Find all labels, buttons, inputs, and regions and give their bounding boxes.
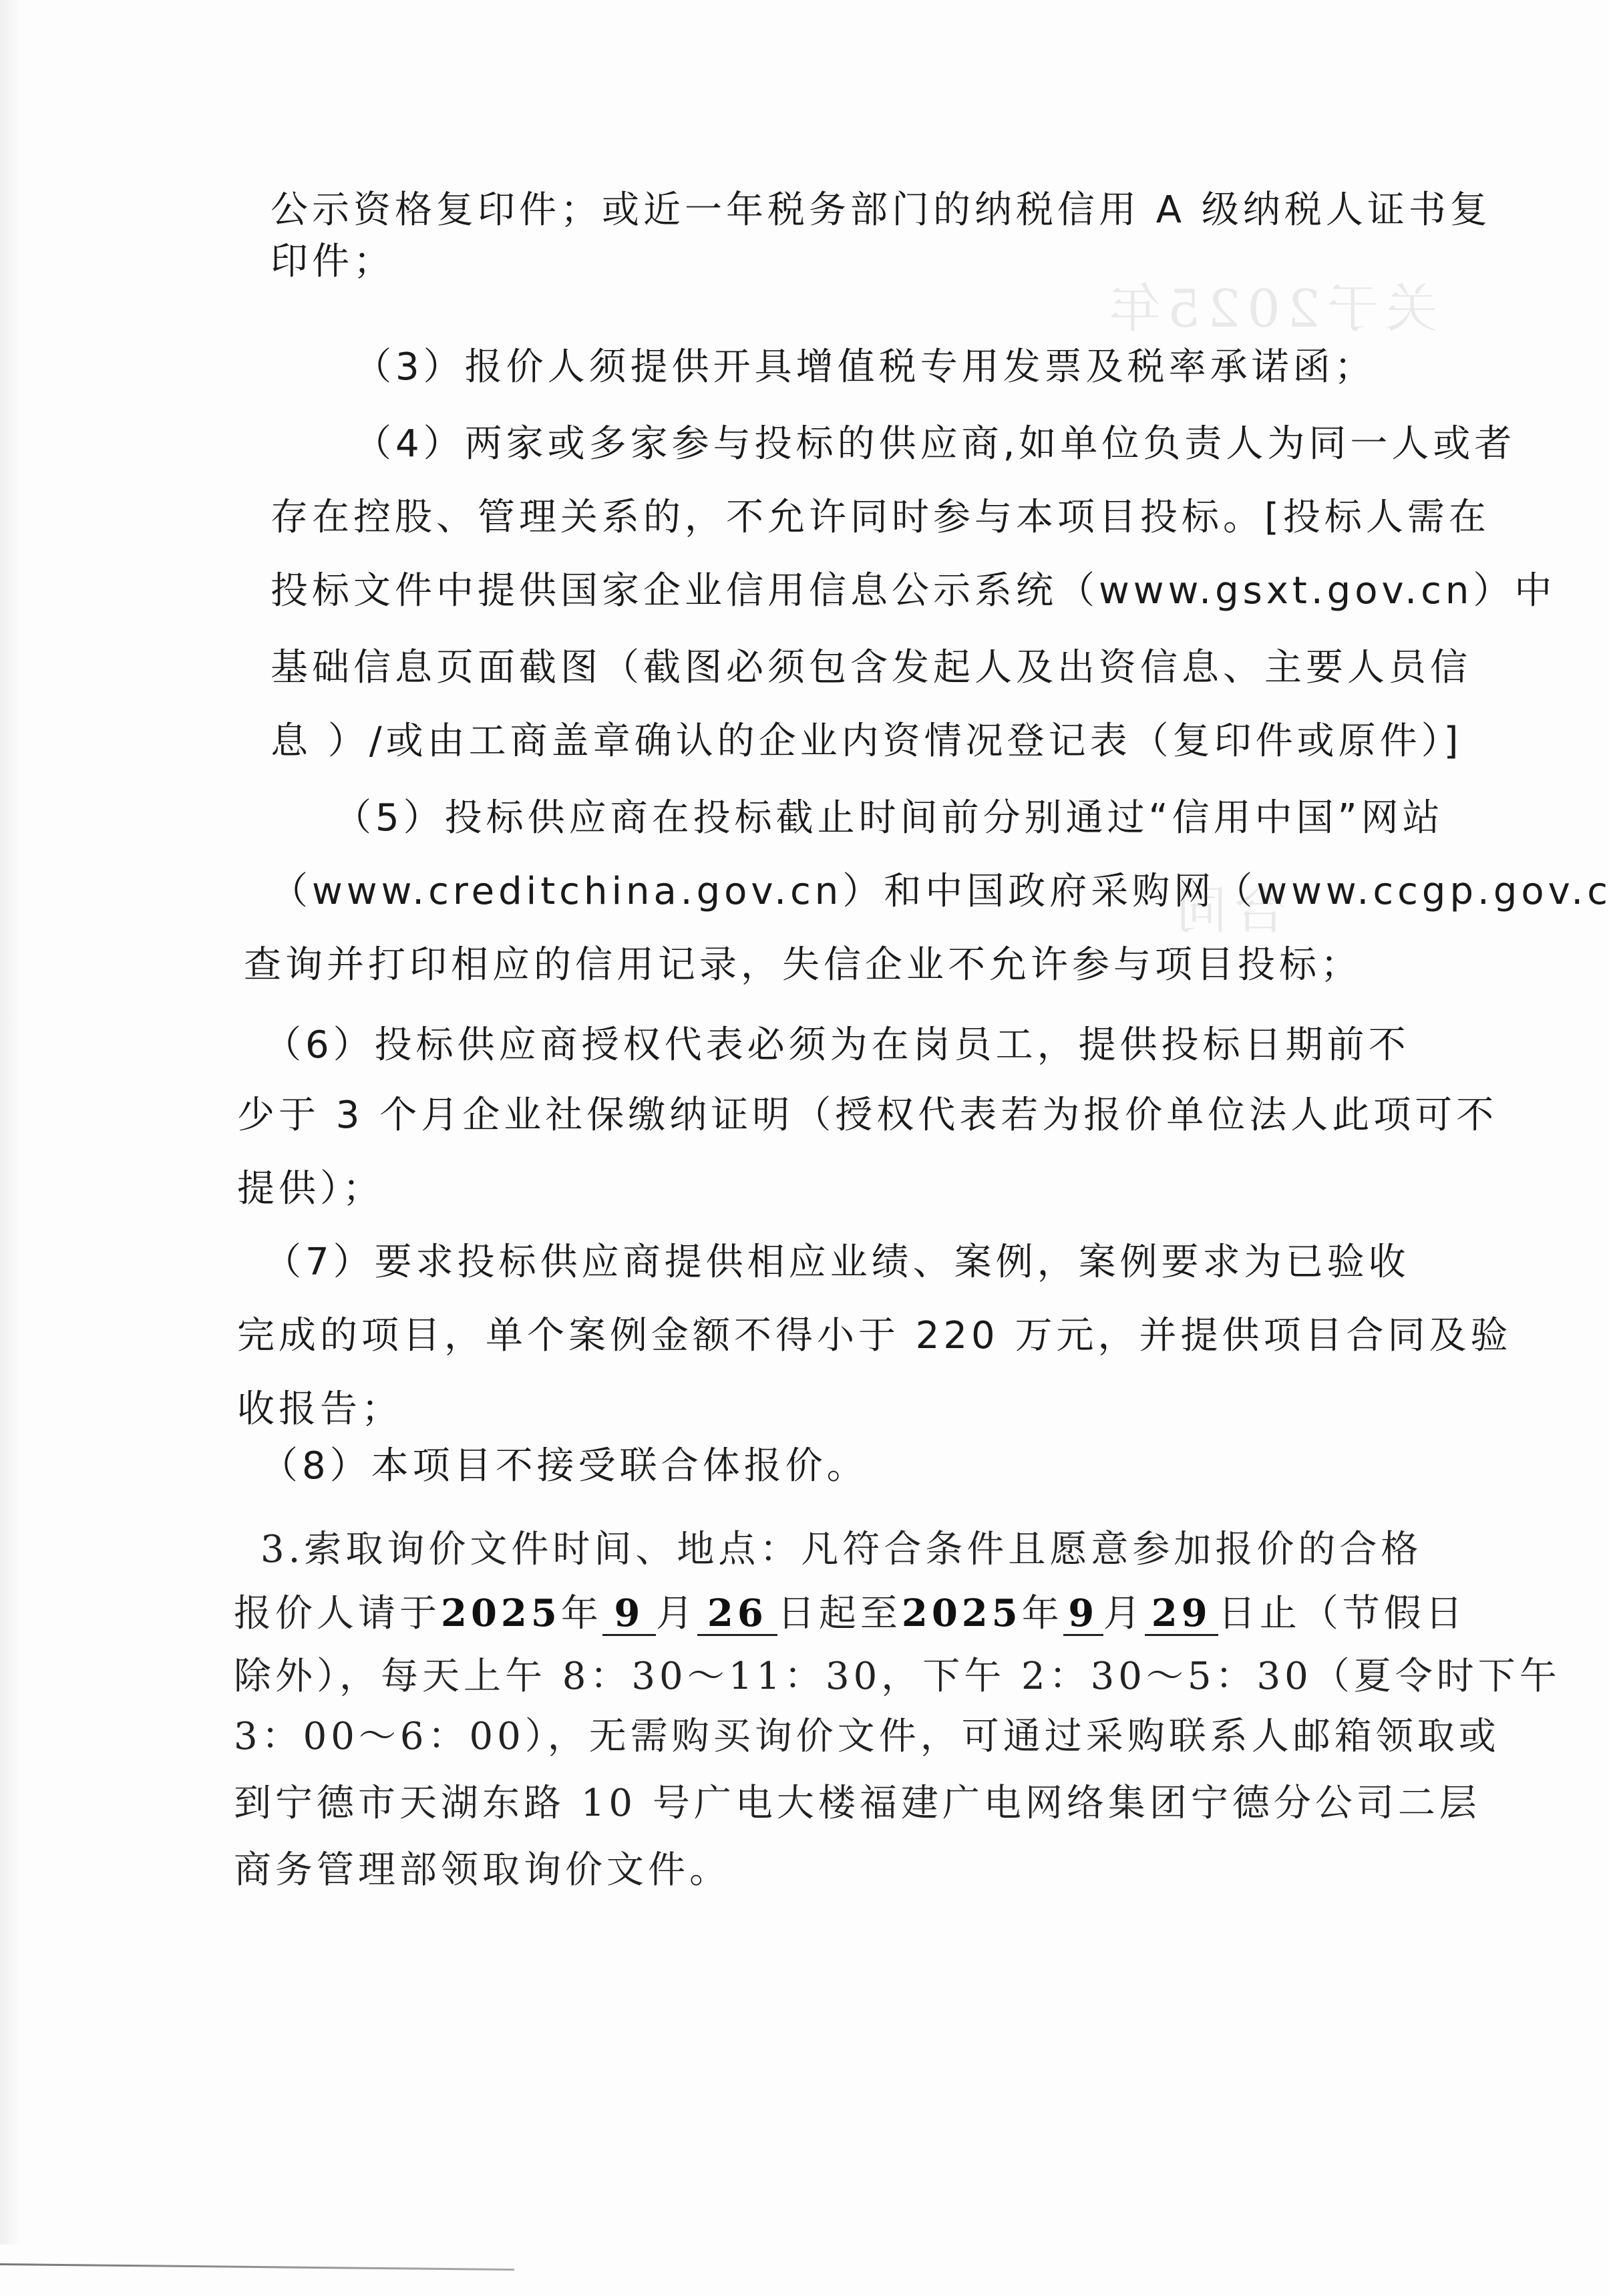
- date-line: 报价人请于2025年9月26日起至2025年9月29日止（节假日: [234, 1590, 1467, 1637]
- bleed-through-artifact: 关于2025年: [1102, 267, 1438, 342]
- text-line: 印件；: [271, 238, 395, 285]
- scan-edge-shadow: [0, 0, 20, 2245]
- text-line: （www.creditchina.gov.cn）和中国政府采购网（www.ccg…: [271, 868, 1609, 915]
- item-3: （3）报价人须提供开具增值税专用发票及税率承诺函；: [354, 344, 1376, 391]
- text-line: 除外），每天上午 8：30～11：30，下午 2：30～5：30（夏令时下午: [234, 1653, 1561, 1700]
- text-line: 少于 3 个月企业社保缴纳证明（授权代表若为报价单位法人此项可不: [237, 1092, 1497, 1139]
- text-line: 完成的项目，单个案例金额不得小于 220 万元，并提供项目合同及验: [237, 1313, 1512, 1359]
- year-unit: 年: [1022, 1592, 1063, 1635]
- start-day-field: 26: [697, 1593, 777, 1636]
- date-prefix: 报价人请于: [234, 1592, 441, 1635]
- end-year: 2025: [902, 1591, 1022, 1635]
- item-6: （6）投标供应商授权代表必须为在岗员工，提供投标日期前不: [264, 1022, 1410, 1069]
- item-7: （7）要求投标供应商提供相应业绩、案例，案例要求为已验收: [264, 1239, 1410, 1286]
- text-line: 商务管理部领取询价文件。: [234, 1847, 731, 1894]
- scan-edge-line: [0, 2263, 514, 2271]
- item-5: （5）投标供应商在投标截止时间前分别通过“信用中国”网站: [334, 795, 1444, 842]
- start-month-field: 9: [602, 1593, 656, 1636]
- text-line: 到宁德市天湖东路 10 号广电大楼福建广电网络集团宁德分公司二层: [234, 1780, 1481, 1827]
- start-year: 2025: [441, 1591, 561, 1635]
- end-month-field: 9: [1063, 1593, 1103, 1636]
- text-line: 3：00～6：00），无需购买询价文件，可通过采购联系人邮箱领取或: [234, 1713, 1500, 1760]
- end-day-field: 29: [1145, 1593, 1218, 1636]
- text-line: 提供）；: [237, 1166, 384, 1212]
- item-4: （4）两家或多家参与投标的供应商,如单位负责人为同一人或者: [354, 421, 1515, 468]
- day-from: 日起至: [777, 1592, 902, 1635]
- text-line: 公示资格复印件；或近一年税务部门的纳税信用 A 级纳税人证书复: [271, 187, 1491, 234]
- date-suffix: 日止（节假日: [1218, 1592, 1467, 1635]
- month-unit: 月: [656, 1592, 697, 1635]
- text-line: 息 ）/或由工商盖章确认的企业内资情况登记表（复印件或原件）]: [271, 718, 1463, 765]
- section-3-heading: 3.索取询价文件时间、地点：凡符合条件且愿意参加报价的合格: [260, 1526, 1422, 1573]
- text-line: 存在控股、管理关系的，不允许同时参与本项目投标。[投标人需在: [271, 494, 1490, 541]
- text-line: 查询并打印相应的信用记录，失信企业不允许参与项目投标；: [244, 942, 1362, 989]
- text-line: 基础信息页面截图（截图必须包含发起人及出资信息、主要人员信: [271, 645, 1471, 691]
- text-line: 收报告；: [237, 1386, 403, 1433]
- item-8: （8）本项目不接受联合体报价。: [260, 1443, 868, 1490]
- text-line: 投标文件中提供国家企业信用信息公示系统（www.gsxt.gov.cn）中: [271, 568, 1556, 615]
- month-unit: 月: [1103, 1592, 1145, 1635]
- year-unit: 年: [561, 1592, 602, 1635]
